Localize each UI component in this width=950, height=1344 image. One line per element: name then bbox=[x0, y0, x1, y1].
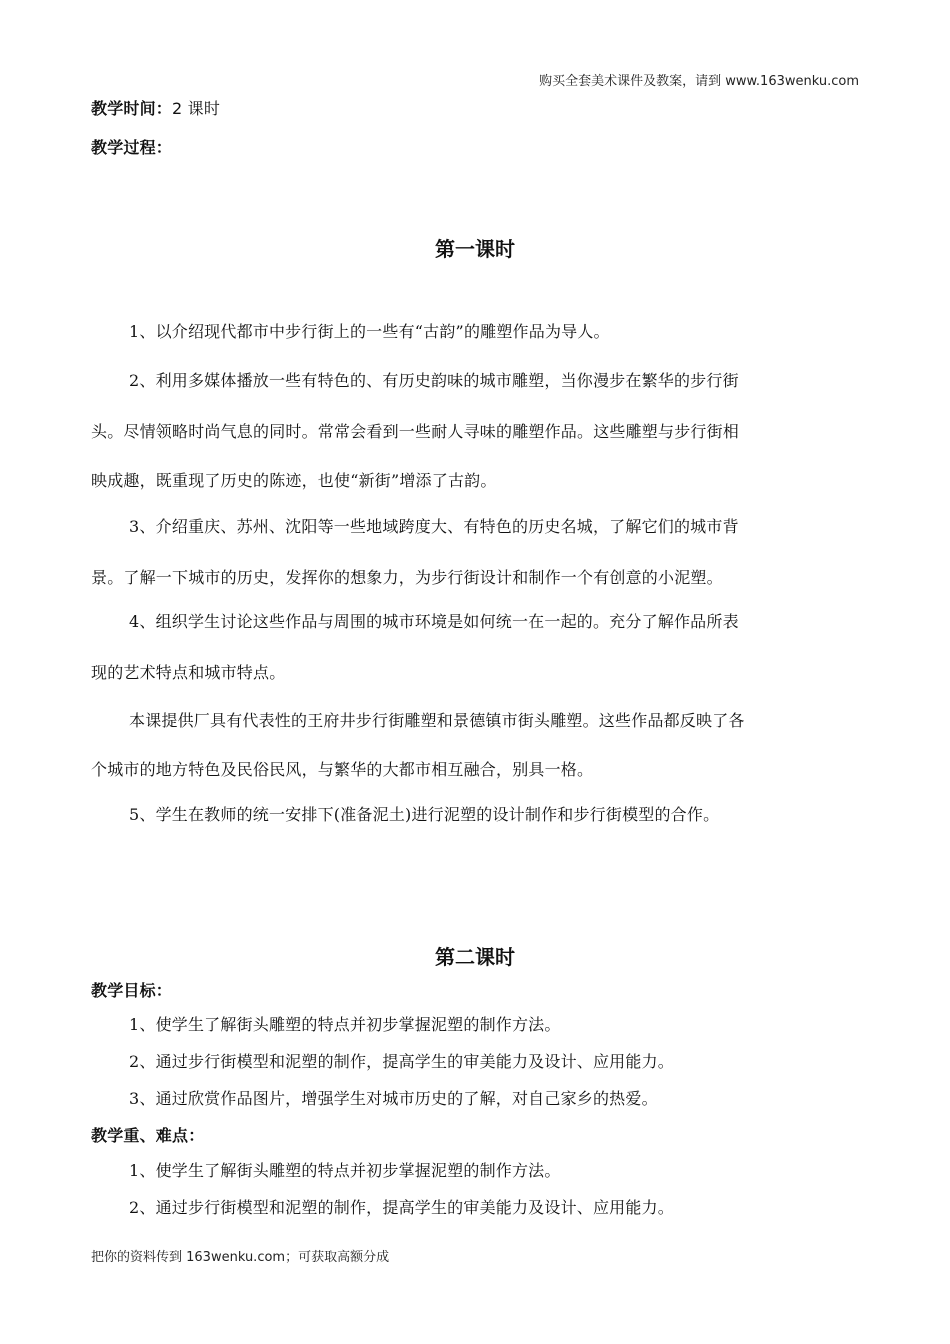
objective-item: 2、通过步行街模型和泥塑的制作，提高学生的审美能力及设计、应用能力。 bbox=[129, 1052, 674, 1072]
lesson1-paragraph: 3、介绍重庆、苏州、沈阳等一些地域跨度大、有特色的历史名城，了解它们的城市背 bbox=[129, 517, 739, 537]
teaching-time-value: 2 课时 bbox=[172, 99, 220, 118]
lesson1-title: 第一课时 bbox=[0, 233, 950, 262]
lesson1-paragraph: 2、利用多媒体播放一些有特色的、有历史韵味的城市雕塑，当你漫步在繁华的步行街 bbox=[129, 371, 739, 391]
lesson1-paragraph: 本课提供厂具有代表性的王府井步行街雕塑和景德镇市街头雕塑。这些作品都反映了各 bbox=[129, 711, 745, 731]
key-point-item: 1、使学生了解街头雕塑的特点并初步掌握泥塑的制作方法。 bbox=[129, 1161, 561, 1181]
lesson1-paragraph: 景。了解一下城市的历史，发挥你的想象力，为步行街设计和制作一个有创意的小泥塑。 bbox=[91, 568, 723, 588]
footer-promo-note: 把你的资料传到 163wenku.com；可获取高额分成 bbox=[91, 1246, 389, 1265]
objectives-label: 教学目标： bbox=[91, 981, 172, 1001]
lesson1-paragraph: 4、组织学生讨论这些作品与周围的城市环境是如何统一在一起的。充分了解作品所表 bbox=[129, 612, 739, 632]
header-promo-note: 购买全套美术课件及教案，请到 www.163wenku.com bbox=[539, 70, 859, 89]
lesson1-paragraph: 1、以介绍现代都市中步行街上的一些有“古韵”的雕塑作品为导人。 bbox=[129, 322, 610, 342]
document-page: 购买全套美术课件及教案，请到 www.163wenku.com 教学时间：2 课… bbox=[0, 0, 950, 1344]
objective-item: 1、使学生了解街头雕塑的特点并初步掌握泥塑的制作方法。 bbox=[129, 1015, 561, 1035]
lesson1-paragraph: 映成趣，既重现了历史的陈迹，也使“新街”增添了古韵。 bbox=[91, 471, 497, 491]
key-points-label: 教学重、难点： bbox=[91, 1126, 204, 1146]
objective-item: 3、通过欣赏作品图片，增强学生对城市历史的了解，对自己家乡的热爱。 bbox=[129, 1089, 658, 1109]
lesson1-paragraph: 现的艺术特点和城市特点。 bbox=[91, 663, 285, 683]
lesson1-paragraph: 头。尽情领略时尚气息的同时。常常会看到一些耐人寻味的雕塑作品。这些雕塑与步行街相 bbox=[91, 422, 739, 442]
teaching-time-label: 教学时间： bbox=[91, 99, 172, 118]
teaching-time-line: 教学时间：2 课时 bbox=[91, 99, 220, 119]
lesson1-paragraph: 5、学生在教师的统一安排下(准备泥土)进行泥塑的设计制作和步行街模型的合作。 bbox=[129, 805, 719, 825]
key-point-item: 2、通过步行街模型和泥塑的制作，提高学生的审美能力及设计、应用能力。 bbox=[129, 1198, 674, 1218]
teaching-process-label: 教学过程： bbox=[91, 138, 172, 158]
lesson2-title: 第二课时 bbox=[0, 941, 950, 970]
lesson1-paragraph: 个城市的地方特色及民俗民风，与繁华的大都市相互融合，别具一格。 bbox=[91, 760, 593, 780]
